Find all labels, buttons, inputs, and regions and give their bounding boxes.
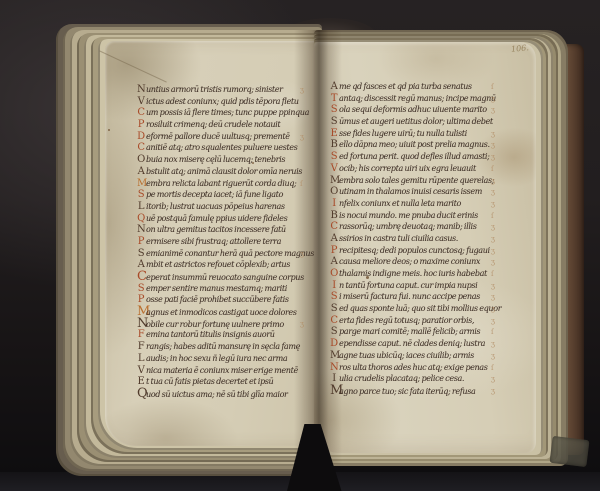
- line-text: rosiluit crimenq; deū crudele notauit: [146, 120, 280, 129]
- line-initial: I: [330, 198, 338, 210]
- line-text: i miserū factura fui. nunc accipe penas: [339, 292, 480, 301]
- manuscript-text-line: Sed fortuna perit. quod defles illud ama…: [330, 151, 498, 163]
- line-initial: E: [330, 128, 338, 140]
- manuscript-photo: Nuntius armorū tristis rumorq; sinisterʒ…: [0, 0, 600, 491]
- line-initial: Q: [137, 213, 145, 225]
- line-initial: F: [137, 329, 145, 341]
- line-text: um possis iā flere times; tunc puppe ppi…: [146, 108, 309, 117]
- line-text: untius armorū tristis rumorq; sinister: [146, 85, 283, 94]
- line-initial: N: [137, 318, 145, 330]
- line-initial: V: [137, 365, 145, 377]
- line-text: ependisse caput. nē clades deniq; lustra: [339, 339, 485, 348]
- line-text: on ultra gemitus tacitos incessere fatū: [146, 225, 286, 234]
- left-page-text-column: Nuntius armorū tristis rumorq; sinisterʒ…: [137, 84, 307, 400]
- line-text: utinam in thalamos inuisi cesaris issem: [339, 187, 482, 196]
- manuscript-text-line: Magno parce tuo; sic fata iterūq; refusa…: [330, 385, 498, 397]
- line-initial: S: [137, 283, 145, 295]
- line-text: anitiē atq; atro squalentes puluere uest…: [146, 143, 297, 152]
- line-initial: L: [137, 353, 145, 365]
- manuscript-text-line: Deformē pallore ducē uultusq; prementēʒ: [137, 131, 307, 143]
- manuscript-text-line: Sed quas sponte luā; quo sit tibi molliu…: [330, 303, 498, 315]
- line-text: ermisere sibi frustraq; attollere terra: [146, 237, 281, 246]
- manuscript-text-line: Ame qd fasces et qd pia turba senatusſ: [330, 81, 498, 93]
- line-text: emper sentire manus mestamq; mariti: [146, 284, 287, 293]
- manuscript-text-line: Frangis; habes aditū mansurę in sęcla fa…: [137, 341, 307, 353]
- manuscript-text-line: Othalamis indigne meis. hoc iuris habeba…: [330, 268, 498, 280]
- manuscript-text-line: Prosiluit crimenq; deū crudele notauit: [137, 119, 307, 131]
- line-text: thalamis indigne meis. hoc iuris habebat: [339, 269, 487, 278]
- manuscript-text-line: In tantū fortuna caput. cur impia nupsiʒ: [330, 280, 498, 292]
- manuscript-text-line: Dependisse caput. nē clades deniq; lustr…: [330, 338, 498, 350]
- line-initial: B: [330, 210, 338, 222]
- manuscript-text-line: Iulia crudelis placataq; pelice cesa.ʒ: [330, 373, 498, 385]
- manuscript-text-line: Non ultra gemitus tacitos incessere fatū: [137, 224, 307, 236]
- line-initial: S: [330, 151, 338, 163]
- line-initial: C: [137, 142, 145, 154]
- line-text: osse pati faciē prohibet succūbere fatis: [146, 295, 289, 304]
- line-initial: C: [137, 271, 145, 283]
- line-end-mark: ʒ: [491, 386, 495, 398]
- line-text: n tantū fortuna caput. cur impia nupsi: [339, 281, 477, 290]
- line-text: embra relicta labant riguerūt corda diuq…: [146, 179, 296, 188]
- line-text: agnus et inmodicos castigat uoce dolores: [146, 308, 297, 317]
- line-initial: N: [137, 84, 145, 96]
- line-text: nica materia ē coniunx miser erige mentē: [146, 366, 298, 375]
- manuscript-text-line: Cum possis iā flere times; tunc puppe pp…: [137, 107, 307, 119]
- manuscript-text-line: Et tua cū fatis pietas decertet et ipsū: [137, 376, 307, 388]
- line-initial: A: [330, 256, 338, 268]
- line-text: ed quas sponte luā; quo sit tibi mollius…: [339, 304, 501, 313]
- line-text: erta fides regū totusq; paratior orbis,: [339, 316, 474, 325]
- line-initial: C: [330, 315, 338, 327]
- manuscript-text-line: Ambit et astrictos refouet cōplexib; art…: [137, 259, 307, 271]
- line-text: emianimē conantur herā quā pectore magnu…: [146, 249, 314, 258]
- manuscript-text-line: Membra solo tales gemitu rūpente querela…: [330, 175, 498, 187]
- manuscript-text-line: Ceperat insummū reuocato sanguine corpus: [137, 271, 307, 283]
- line-text: uē postquā famulę ppius uidere fideles: [146, 214, 287, 223]
- line-text: me qd fasces et qd pia turba senatus: [339, 82, 472, 91]
- manuscript-text-line: Quē postquā famulę ppius uidere fideles: [137, 213, 307, 225]
- line-text: embra solo tales gemitu rūpente querelas…: [339, 176, 494, 185]
- line-text: eformē pallore ducē uultusq; prementē: [146, 132, 290, 141]
- line-text: audis; in hoc sexu ñ legū iura nec arma: [146, 354, 287, 363]
- line-initial: M: [137, 178, 145, 190]
- manuscript-text-line: Spe mortis decepta iacet; iā fune ligato: [137, 189, 307, 201]
- line-text: recipitesq; dedi populos cunctosq; fugau…: [339, 246, 490, 255]
- line-text: ictus adest coniunx; quid pdis tēpora fl…: [146, 97, 299, 106]
- manuscript-text-line: Assirios in castra tuli ciuilia casus.ʒ: [330, 233, 498, 245]
- line-initial: S: [330, 326, 338, 338]
- line-initial: V: [330, 163, 338, 175]
- line-initial: P: [137, 236, 145, 248]
- line-text: itorib; lustrat uacuas pōpeius harenas: [146, 202, 285, 211]
- right-page-text-column: Ame qd fasces et qd pia turba senatusſTa…: [330, 81, 498, 397]
- manuscript-text-line: Magnus et inmodicos castigat uoce dolore…: [137, 306, 307, 318]
- line-initial: S: [137, 189, 145, 201]
- line-text: ello dāpna meo; uiuit post prelia magnus…: [339, 140, 490, 149]
- line-text: mbit et astrictos refouet cōplexib; artu…: [146, 260, 290, 269]
- manuscript-text-line: Sola sequi deformis adhuc uiuente marito…: [330, 104, 498, 116]
- manuscript-text-line: Semianimē conantur herā quā pectore magn…: [137, 248, 307, 260]
- line-initial: C: [137, 107, 145, 119]
- line-initial: S: [137, 248, 145, 260]
- line-initial: N: [330, 362, 338, 374]
- manuscript-text-line: Obuia nox miserę cęlū lucemq; tenebris: [137, 154, 307, 166]
- manuscript-text-line: Canitiē atq; atro squalentes puluere ues…: [137, 142, 307, 154]
- line-initial: S: [330, 116, 338, 128]
- line-initial: M: [330, 385, 338, 397]
- manuscript-text-line: Precipitesq; dedi populos cunctosq; fuga…: [330, 245, 498, 257]
- line-text: agno parce tuo; sic fata iterūq; refusa: [339, 387, 475, 396]
- line-text: rangis; habes aditū mansurę in sęcla fam…: [146, 342, 300, 351]
- line-text: buia nox miserę cęlū lucemq; tenebris: [146, 155, 285, 164]
- manuscript-text-line: Nros ulta thoros ades huc atq; exige pen…: [330, 362, 498, 374]
- line-text: nfelix coniunx et nulla leta marito: [339, 199, 461, 208]
- line-text: uod sū uictus ama; nē sū tibi glīa maior: [146, 390, 288, 399]
- folio-number: 106.: [511, 43, 530, 54]
- manuscript-text-line: Victus adest coniunx; quid pdis tēpora f…: [137, 96, 307, 108]
- line-initial: M: [330, 350, 338, 362]
- manuscript-text-line: Acausa meliore deos; o maxime coniunxʒ: [330, 256, 498, 268]
- line-initial: A: [330, 81, 338, 93]
- line-text: obile cur robur fortunę uulnere primo: [146, 320, 284, 329]
- line-text: t tua cū fatis pietas decertet et ipsū: [146, 377, 273, 386]
- line-initial: T: [330, 93, 338, 105]
- line-text: rassorūq; umbrę deuotaq; manib; illis: [339, 222, 477, 231]
- line-text: is nocui mundo. me pnuba ducit erinis: [339, 211, 478, 220]
- manuscript-text-line: Femina tantorū titulis insignis auorū: [137, 329, 307, 341]
- manuscript-text-line: Certa fides regū totusq; paratior orbis,…: [330, 315, 498, 327]
- manuscript-text-line: Vocib; his correpta uiri uix egra leuaui…: [330, 163, 498, 175]
- manuscript-text-line: Membra relicta labant riguerūt corda diu…: [137, 178, 307, 190]
- manuscript-text-line: Esse fides lugere uirū; tu nulla tulisti…: [330, 128, 498, 140]
- line-initial: P: [137, 119, 145, 131]
- line-initial: S: [330, 104, 338, 116]
- cradle-corner: [549, 436, 589, 467]
- line-initial: V: [137, 96, 145, 108]
- line-text: ūmus et augeri uetitus dolor; ultima deb…: [339, 117, 493, 126]
- manuscript-text-line: Nuntius armorū tristis rumorq; sinisterʒ: [137, 84, 307, 96]
- manuscript-text-line: Semper sentire manus mestamq; mariti: [137, 283, 307, 295]
- manuscript-text-line: Sparge mari comitē; mallē felicib; armis…: [330, 326, 498, 338]
- line-initial: O: [137, 154, 145, 166]
- line-initial: M: [330, 175, 338, 187]
- line-initial: Q: [137, 388, 145, 400]
- line-text: agne tuas ubicūq; iaces ciuilib; armis: [339, 351, 474, 360]
- manuscript-text-line: Bis nocui mundo. me pnuba ducit erinisſ: [330, 210, 498, 222]
- manuscript-text-line: Sūmus et augeri uetitus dolor; ultima de…: [330, 116, 498, 128]
- manuscript-text-line: Vnica materia ē coniunx miser erige ment…: [137, 365, 307, 377]
- line-initial: A: [330, 233, 338, 245]
- line-initial: P: [330, 245, 338, 257]
- manuscript-text-line: Laudis; in hoc sexu ñ legū iura nec arma: [137, 353, 307, 365]
- line-initial: D: [330, 338, 338, 350]
- line-text: sse fides lugere uirū; tu nulla tulisti: [339, 129, 467, 138]
- line-initial: L: [137, 201, 145, 213]
- line-initial: O: [330, 268, 338, 280]
- manuscript-text-line: Litorib; lustrat uacuas pōpeius harenas: [137, 201, 307, 213]
- manuscript-text-line: Nobile cur robur fortunę uulnere primoʒ: [137, 318, 307, 330]
- manuscript-text-line: Infelix coniunx et nulla leta maritoʒ: [330, 198, 498, 210]
- line-initial: I: [330, 280, 338, 292]
- line-initial: O: [330, 186, 338, 198]
- line-text: ocib; his correpta uiri uix egra leuauit: [339, 164, 476, 173]
- line-initial: S: [330, 303, 338, 315]
- manuscript-text-line: Posse pati faciē prohibet succūbere fati…: [137, 294, 307, 306]
- manuscript-text-line: Quod sū uictus ama; nē sū tibi glīa maio…: [137, 388, 307, 400]
- line-initial: A: [137, 166, 145, 178]
- manuscript-text-line: Magne tuas ubicūq; iaces ciuilib; armisʒ: [330, 350, 498, 362]
- line-text: ros ulta thoros ades huc atq; exige pena…: [339, 363, 487, 372]
- line-initial: C: [330, 221, 338, 233]
- line-initial: D: [137, 131, 145, 143]
- line-initial: B: [330, 139, 338, 151]
- line-text: eperat insummū reuocato sanguine corpus: [146, 273, 304, 282]
- line-text: emina tantorū titulis insignis auorū: [146, 330, 275, 339]
- line-text: ola sequi deformis adhuc uiuente marito: [339, 105, 487, 114]
- line-initial: N: [137, 224, 145, 236]
- ink-speck: [108, 129, 110, 131]
- line-text: ssirios in castra tuli ciuilia casus.: [339, 234, 458, 243]
- line-initial: F: [137, 341, 145, 353]
- line-text: bstulit atq; animā clausit dolor omīa ne…: [146, 167, 302, 176]
- line-text: antaq; discessit regū manus; incipe magn…: [339, 94, 496, 103]
- manuscript-text-line: Permisere sibi frustraq; attollere terra: [137, 236, 307, 248]
- line-initial: S: [330, 291, 338, 303]
- line-text: ulia crudelis placataq; pelice cesa.: [339, 374, 464, 383]
- line-text: pe mortis decepta iacet; iā fune ligato: [146, 190, 283, 199]
- manuscript-text-line: Crassorūq; umbrę deuotaq; manib; illisʒ: [330, 221, 498, 233]
- manuscript-text-line: Tantaq; discessit regū manus; incipe mag…: [330, 93, 498, 105]
- manuscript-text-line: Outinam in thalamos inuisi cesaris issem…: [330, 186, 498, 198]
- line-text: ed fortuna perit. quod defles illud amas…: [339, 152, 489, 161]
- line-text: parge mari comitē; mallē felicib; armis: [339, 327, 480, 336]
- line-text: causa meliore deos; o maxime coniunx: [339, 257, 480, 266]
- manuscript-text-line: Si miserū factura fui. nunc accipe penas…: [330, 291, 498, 303]
- manuscript-text-line: Bello dāpna meo; uiuit post prelia magnu…: [330, 139, 498, 151]
- manuscript-text-line: Abstulit atq; animā clausit dolor omīa n…: [137, 166, 307, 178]
